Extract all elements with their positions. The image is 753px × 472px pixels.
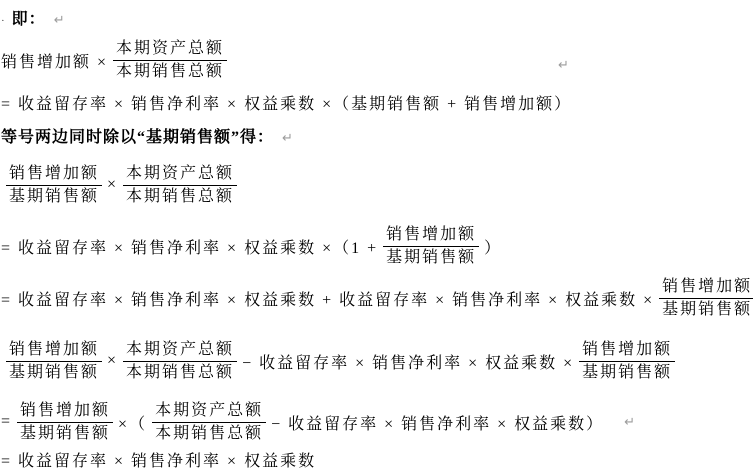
fraction-denominator: 基期销售额 [20,423,110,444]
fraction-numerator: 本期资产总额 [123,340,237,362]
pilcrow-mark: ↵ [624,415,635,430]
heading-ji-text: 即： [12,11,46,28]
times-open-paren: ×（ [118,411,147,434]
formula-rearranged-difference: 销售增加额 基期销售额 × 本期资产总额 本期销售总额 − 收益留存率 × 销售… [1,336,680,386]
fraction-increase-over-base: 销售增加额 基期销售额 [6,340,102,383]
formula-expanded-line: = 收益留存率 × 销售净利率 × 权益乘数 ×（基期销售额 + 销售增加额） [1,91,572,114]
formula-lead: = 收益留存率 × 销售净利率 × 权益乘数 ×（1 + [1,235,378,258]
pilcrow-mark: ↵ [54,13,65,28]
fraction-numerator: 销售增加额 [6,340,102,362]
fraction-increase-over-base: 销售增加额 基期销售额 [383,225,479,268]
fraction-denominator: 基期销售额 [386,247,476,268]
fraction-increase-over-base: 销售增加额 基期销售额 [17,401,113,444]
fraction-numerator: 本期资产总额 [113,39,227,61]
fraction-numerator: 销售增加额 [6,164,102,186]
fraction-denominator: 基期销售额 [9,362,99,383]
edge-mark: · [1,15,7,27]
fraction-denominator: 基期销售额 [9,186,99,207]
fraction-assets-over-sales: 本期资产总额 本期销售总额 [123,164,237,207]
fraction-numerator: 销售增加额 [579,340,675,362]
formula-final-result: = 收益留存率 × 销售净利率 × 权益乘数 [1,448,316,471]
fraction-increase-over-base: 销售增加额 基期销售额 [579,340,675,383]
heading-divide-text: 等号两边同时除以“基期销售额”得： [1,129,274,146]
document-page: ·即：↵ 销售增加额 × 本期资产总额 本期销售总额 ↵ = 收益留存率 × 销… [0,0,753,472]
fraction-denominator: 本期销售总额 [126,362,234,383]
formula-sales-increase-ratio: 销售增加额 × 本期资产总额 本期销售总额 [1,36,232,84]
formula-distributed-sum: = 收益留存率 × 销售净利率 × 权益乘数 + 收益留存率 × 销售净利率 ×… [1,273,753,323]
fraction-numerator: 销售增加额 [383,225,479,247]
fraction-increase-over-base: 销售增加额 基期销售额 [6,164,102,207]
fraction-denominator: 本期销售总额 [155,423,263,444]
pilcrow-mark: ↵ [282,131,293,146]
fraction-assets-over-sales: 本期资产总额 本期销售总额 [123,340,237,383]
formula-lead: = 收益留存率 × 销售净利率 × 权益乘数 + 收益留存率 × 销售净利率 ×… [1,287,654,310]
pilcrow-mark: ↵ [558,58,569,73]
times-operator: × [107,352,118,370]
fraction-numerator: 销售增加额 [17,401,113,423]
formula-two-fractions: 销售增加额 基期销售额 × 本期资产总额 本期销售总额 [1,159,242,211]
fraction-numerator: 销售增加额 [659,277,753,299]
heading-ji: ·即：↵ [1,6,65,29]
fraction-denominator: 本期销售总额 [116,61,224,82]
formula-one-plus-growth: = 收益留存率 × 销售净利率 × 权益乘数 ×（1 + 销售增加额 基期销售额… [1,221,502,271]
fraction-denominator: 基期销售额 [582,362,672,383]
formula-lead: 销售增加额 × [1,49,108,72]
fraction-increase-over-base: 销售增加额 基期销售额 [659,277,753,320]
fraction-assets-over-sales: 本期资产总额 本期销售总额 [113,39,227,82]
closing-paren: ） [484,235,502,258]
fraction-numerator: 本期资产总额 [123,164,237,186]
fraction-numerator: 本期资产总额 [152,401,266,423]
equals-sign: = [1,413,12,431]
heading-divide-both-sides: 等号两边同时除以“基期销售额”得：↵ [1,124,293,147]
fraction-assets-over-sales: 本期资产总额 本期销售总额 [152,401,266,444]
fraction-denominator: 本期销售总额 [126,186,234,207]
times-operator: × [107,176,118,194]
fraction-denominator: 基期销售额 [662,299,752,320]
formula-tail: − 收益留存率 × 销售净利率 × 权益乘数） [271,411,604,434]
formula-middle: − 收益留存率 × 销售净利率 × 权益乘数 × [242,350,574,373]
formula-factored: = 销售增加额 基期销售额 ×（ 本期资产总额 本期销售总额 − 收益留存率 ×… [1,397,635,447]
